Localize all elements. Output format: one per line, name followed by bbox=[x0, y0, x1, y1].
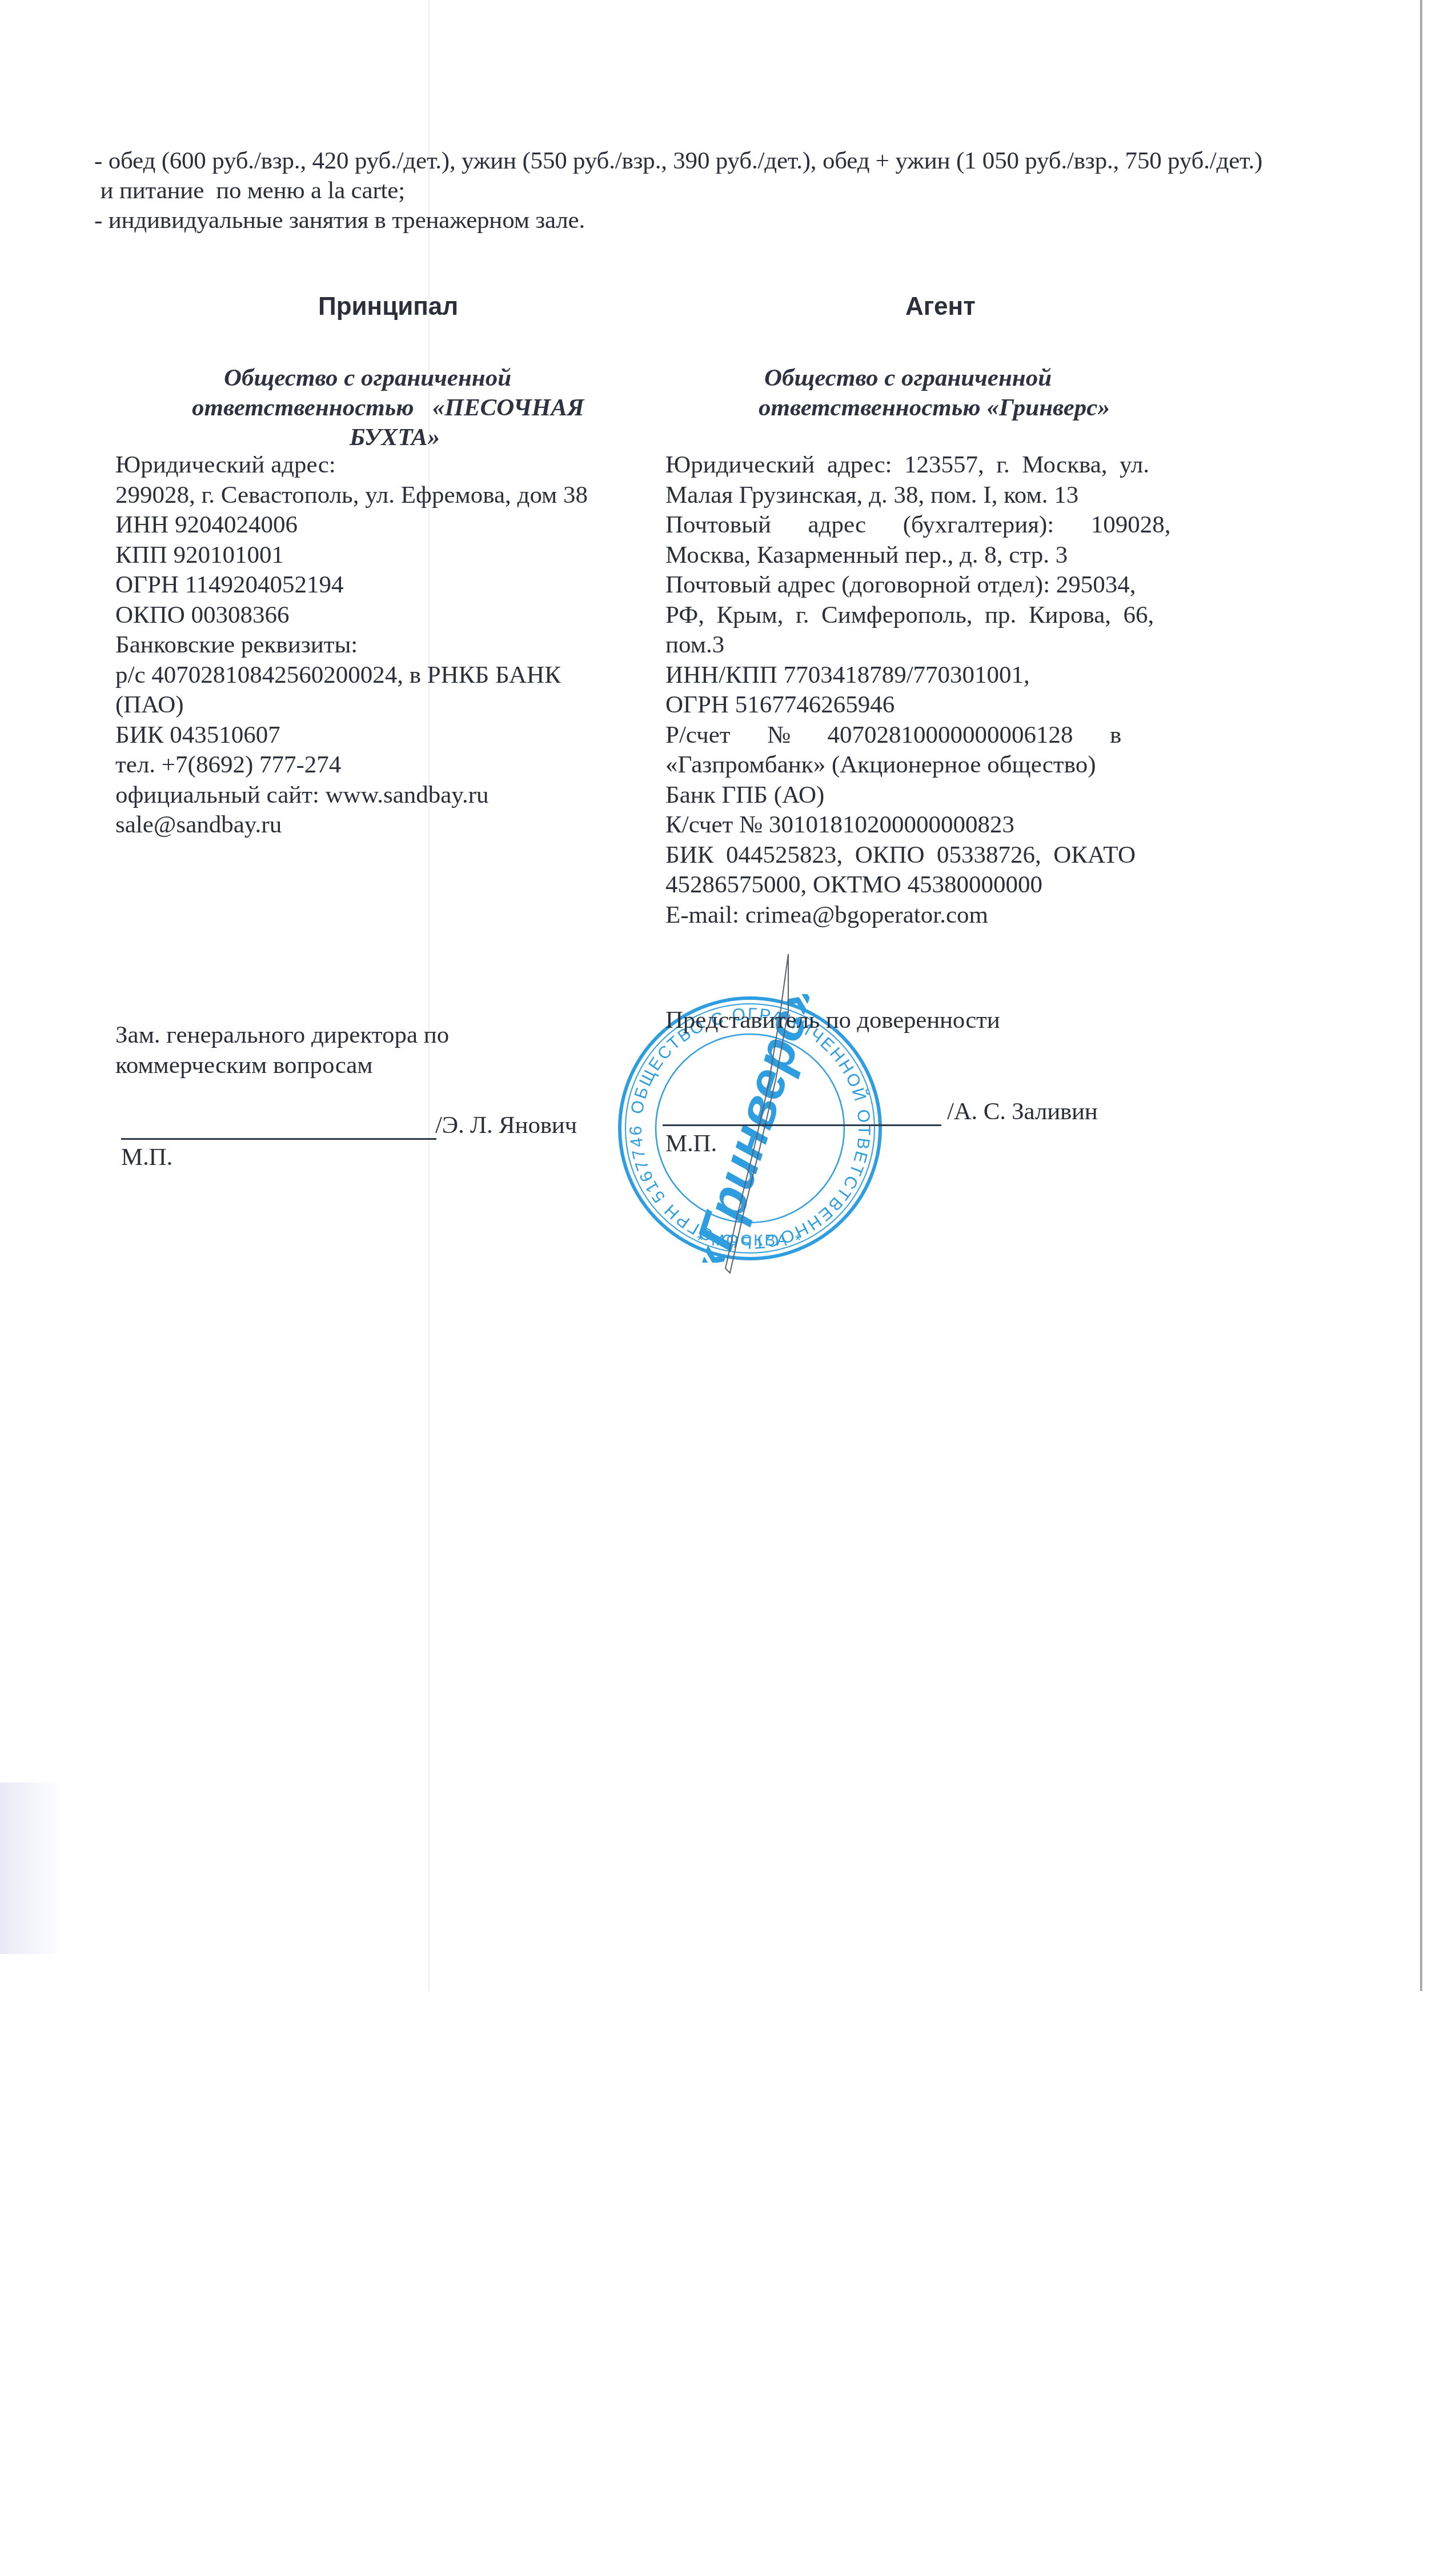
principal-detail: (ПАО) bbox=[115, 690, 588, 720]
agent-org-line: ответственностью «Гринверс» bbox=[759, 393, 1110, 423]
principal-detail: официальный сайт: www.sandbay.ru bbox=[115, 780, 588, 811]
agent-detail: Почтовый адрес (договорной отдел): 29503… bbox=[665, 570, 1171, 600]
agent-detail: ИНН/КПП 7703418789/770301001, bbox=[665, 660, 1171, 691]
principal-detail: КПП 920101001 bbox=[115, 540, 588, 571]
scan-artifact bbox=[0, 1783, 63, 1954]
agent-details: Юридический адрес: 123557, г. Москва, ул… bbox=[665, 450, 1171, 930]
principal-signer-name: /Э. Л. Янович bbox=[435, 1111, 577, 1140]
agent-detail: Р/счет № 40702810000000006128 в bbox=[665, 720, 1171, 751]
principal-details: Юридический адрес: 299028, г. Севастопол… bbox=[115, 450, 588, 840]
agent-detail: БИК 044525823, ОКПО 05338726, ОКАТО bbox=[665, 840, 1171, 871]
agent-signature-line bbox=[663, 1124, 941, 1126]
service-line: и питание по меню a la carte; bbox=[94, 176, 405, 206]
agent-detail: РФ, Крым, г. Симферополь, пр. Кирова, 66… bbox=[665, 600, 1171, 631]
principal-detail: 299028, г. Севастополь, ул. Ефремова, до… bbox=[115, 480, 588, 511]
signer-title-line: коммерческим вопросам bbox=[115, 1051, 449, 1081]
agent-detail: Почтовый адрес (бухгалтерия): 109028, bbox=[665, 510, 1171, 540]
agent-detail: «Газпромбанк» (Акционерное общество) bbox=[665, 750, 1171, 780]
page-edge-line bbox=[1420, 0, 1422, 1991]
principal-org-line: Общество с ограниченной bbox=[224, 363, 511, 393]
agent-detail: Москва, Казарменный пер., д. 8, стр. 3 bbox=[665, 540, 1171, 571]
agent-detail: 45286575000, ОКТМО 45380000000 bbox=[665, 870, 1171, 900]
agent-seal-label: М.П. bbox=[665, 1129, 717, 1159]
principal-heading: Принципал bbox=[318, 293, 458, 321]
principal-detail: тел. +7(8692) 777-274 bbox=[115, 750, 588, 780]
principal-detail: ОГРН 1149204052194 bbox=[115, 570, 588, 600]
principal-org-line: БУХТА» bbox=[350, 423, 440, 452]
signer-title-line: Зам. генерального директора по bbox=[115, 1020, 449, 1051]
agent-detail: К/счет № 30101810200000000823 bbox=[665, 810, 1171, 840]
agent-detail: Малая Грузинская, д. 38, пом. I, ком. 13 bbox=[665, 480, 1171, 511]
principal-detail: Банковские реквизиты: bbox=[115, 630, 588, 660]
agent-detail: пом.3 bbox=[665, 630, 1171, 660]
principal-detail: ИНН 9204024006 bbox=[115, 510, 588, 540]
service-line: - индивидуальные занятия в тренажерном з… bbox=[94, 206, 585, 235]
principal-signer-title: Зам. генерального директора по коммерчес… bbox=[115, 1020, 449, 1080]
agent-heading: Агент bbox=[905, 293, 976, 321]
agent-signer-title: Представитель по доверенности bbox=[665, 1006, 1000, 1035]
agent-detail: Банк ГПБ (АО) bbox=[665, 780, 1171, 811]
principal-detail: sale@sandbay.ru bbox=[115, 810, 588, 840]
signature-scribble-icon bbox=[703, 948, 817, 1280]
principal-detail: р/с 40702810842560200024, в РНКБ БАНК bbox=[115, 660, 588, 691]
principal-org-line: ответственностью «ПЕСОЧНАЯ bbox=[192, 393, 584, 423]
agent-detail: E-mail: crimea@bgoperator.com bbox=[665, 900, 1171, 931]
agent-detail: Юридический адрес: 123557, г. Москва, ул… bbox=[665, 450, 1171, 480]
principal-detail: ОКПО 00308366 bbox=[115, 600, 588, 631]
agent-signer-name: /А. С. Заливин bbox=[947, 1097, 1098, 1127]
service-line: - обед (600 руб./взр., 420 руб./дет.), у… bbox=[94, 146, 1262, 176]
agent-org-line: Общество с ограниченной bbox=[764, 363, 1052, 393]
principal-signature-line bbox=[121, 1138, 436, 1140]
principal-seal-label: М.П. bbox=[121, 1143, 173, 1172]
principal-detail: БИК 043510607 bbox=[115, 720, 588, 751]
agent-detail: ОГРН 5167746265946 bbox=[665, 690, 1171, 720]
principal-detail: Юридический адрес: bbox=[115, 450, 588, 480]
